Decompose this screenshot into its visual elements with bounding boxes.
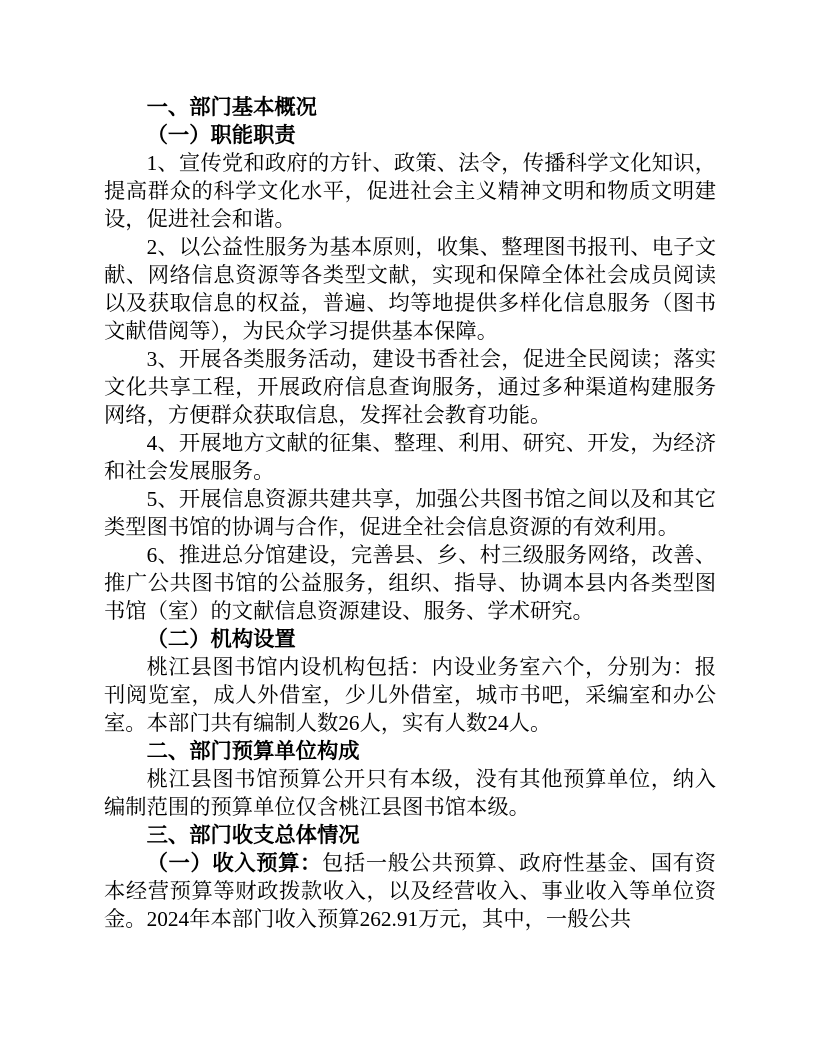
section-heading-revenue-expenditure: 三、部门收支总体情况	[104, 821, 716, 849]
subsection-heading-organization: （二）机构设置	[104, 625, 716, 653]
paragraph-duty-4: 4、开展地方文献的征集、整理、利用、研究、开发，为经济和社会发展服务。	[104, 429, 716, 485]
paragraph-income-budget: （一）收入预算：包括一般公共预算、政府性基金、国有资本经营预算等财政拨款收入，以…	[104, 849, 716, 933]
paragraph-budget-units: 桃江县图书馆预算公开只有本级，没有其他预算单位，纳入编制范围的预算单位仅含桃江县…	[104, 765, 716, 821]
paragraph-duty-5: 5、开展信息资源共建共享，加强公共图书馆之间以及和其它类型图书馆的协调与合作，促…	[104, 485, 716, 541]
paragraph-organization: 桃江县图书馆内设机构包括：内设业务室六个，分别为：报刊阅览室，成人外借室，少儿外…	[104, 653, 716, 737]
section-heading-overview: 一、部门基本概况	[104, 93, 716, 121]
document-content: 一、部门基本概况 （一）职能职责 1、宣传党和政府的方针、政策、法令，传播科学文…	[104, 93, 716, 933]
paragraph-duty-1: 1、宣传党和政府的方针、政策、法令，传播科学文化知识，提高群众的科学文化水平，促…	[104, 149, 716, 233]
section-heading-budget-units: 二、部门预算单位构成	[104, 737, 716, 765]
subsection-heading-duties: （一）职能职责	[104, 121, 716, 149]
paragraph-duty-6: 6、推进总分馆建设，完善县、乡、村三级服务网络，改善、推广公共图书馆的公益服务，…	[104, 541, 716, 625]
income-budget-lead-label: （一）收入预算：	[147, 851, 322, 875]
document-page: 一、部门基本概况 （一）职能职责 1、宣传党和政府的方针、政策、法令，传播科学文…	[0, 0, 816, 1056]
paragraph-duty-3: 3、开展各类服务活动，建设书香社会，促进全民阅读；落实文化共享工程，开展政府信息…	[104, 345, 716, 429]
paragraph-duty-2: 2、以公益性服务为基本原则，收集、整理图书报刊、电子文献、网络信息资源等各类型文…	[104, 233, 716, 345]
